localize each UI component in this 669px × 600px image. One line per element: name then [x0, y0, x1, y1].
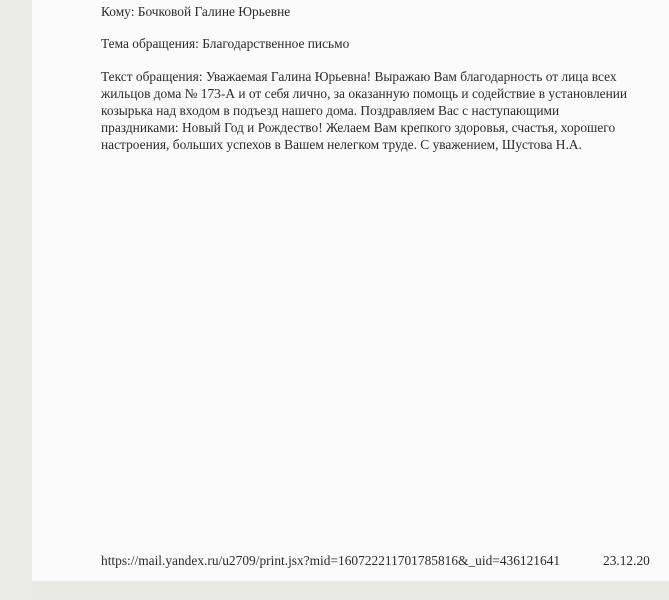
recipient-line: Кому: Бочковой Галине Юрьевне	[101, 3, 290, 20]
subject-line: Тема обращения: Благодарственное письмо	[101, 35, 349, 52]
scan-margin	[0, 0, 32, 600]
body-line: праздниками: Новый Год и Рождество! Жела…	[101, 119, 669, 136]
body-line: Текст обращения: Уважаемая Галина Юрьевн…	[101, 68, 669, 85]
body-line: козырька над входом в подъезд нашего дом…	[101, 102, 669, 119]
body-line: настроения, больших успехов в Вашем неле…	[101, 136, 669, 153]
footer-date: 23.12.20	[603, 553, 650, 569]
letter-body: Текст обращения: Уважаемая Галина Юрьевн…	[101, 68, 669, 153]
body-line: жильцов дома № 173-А и от себя лично, за…	[101, 85, 669, 102]
footer-url: https://mail.yandex.ru/u2709/print.jsx?m…	[101, 553, 560, 569]
